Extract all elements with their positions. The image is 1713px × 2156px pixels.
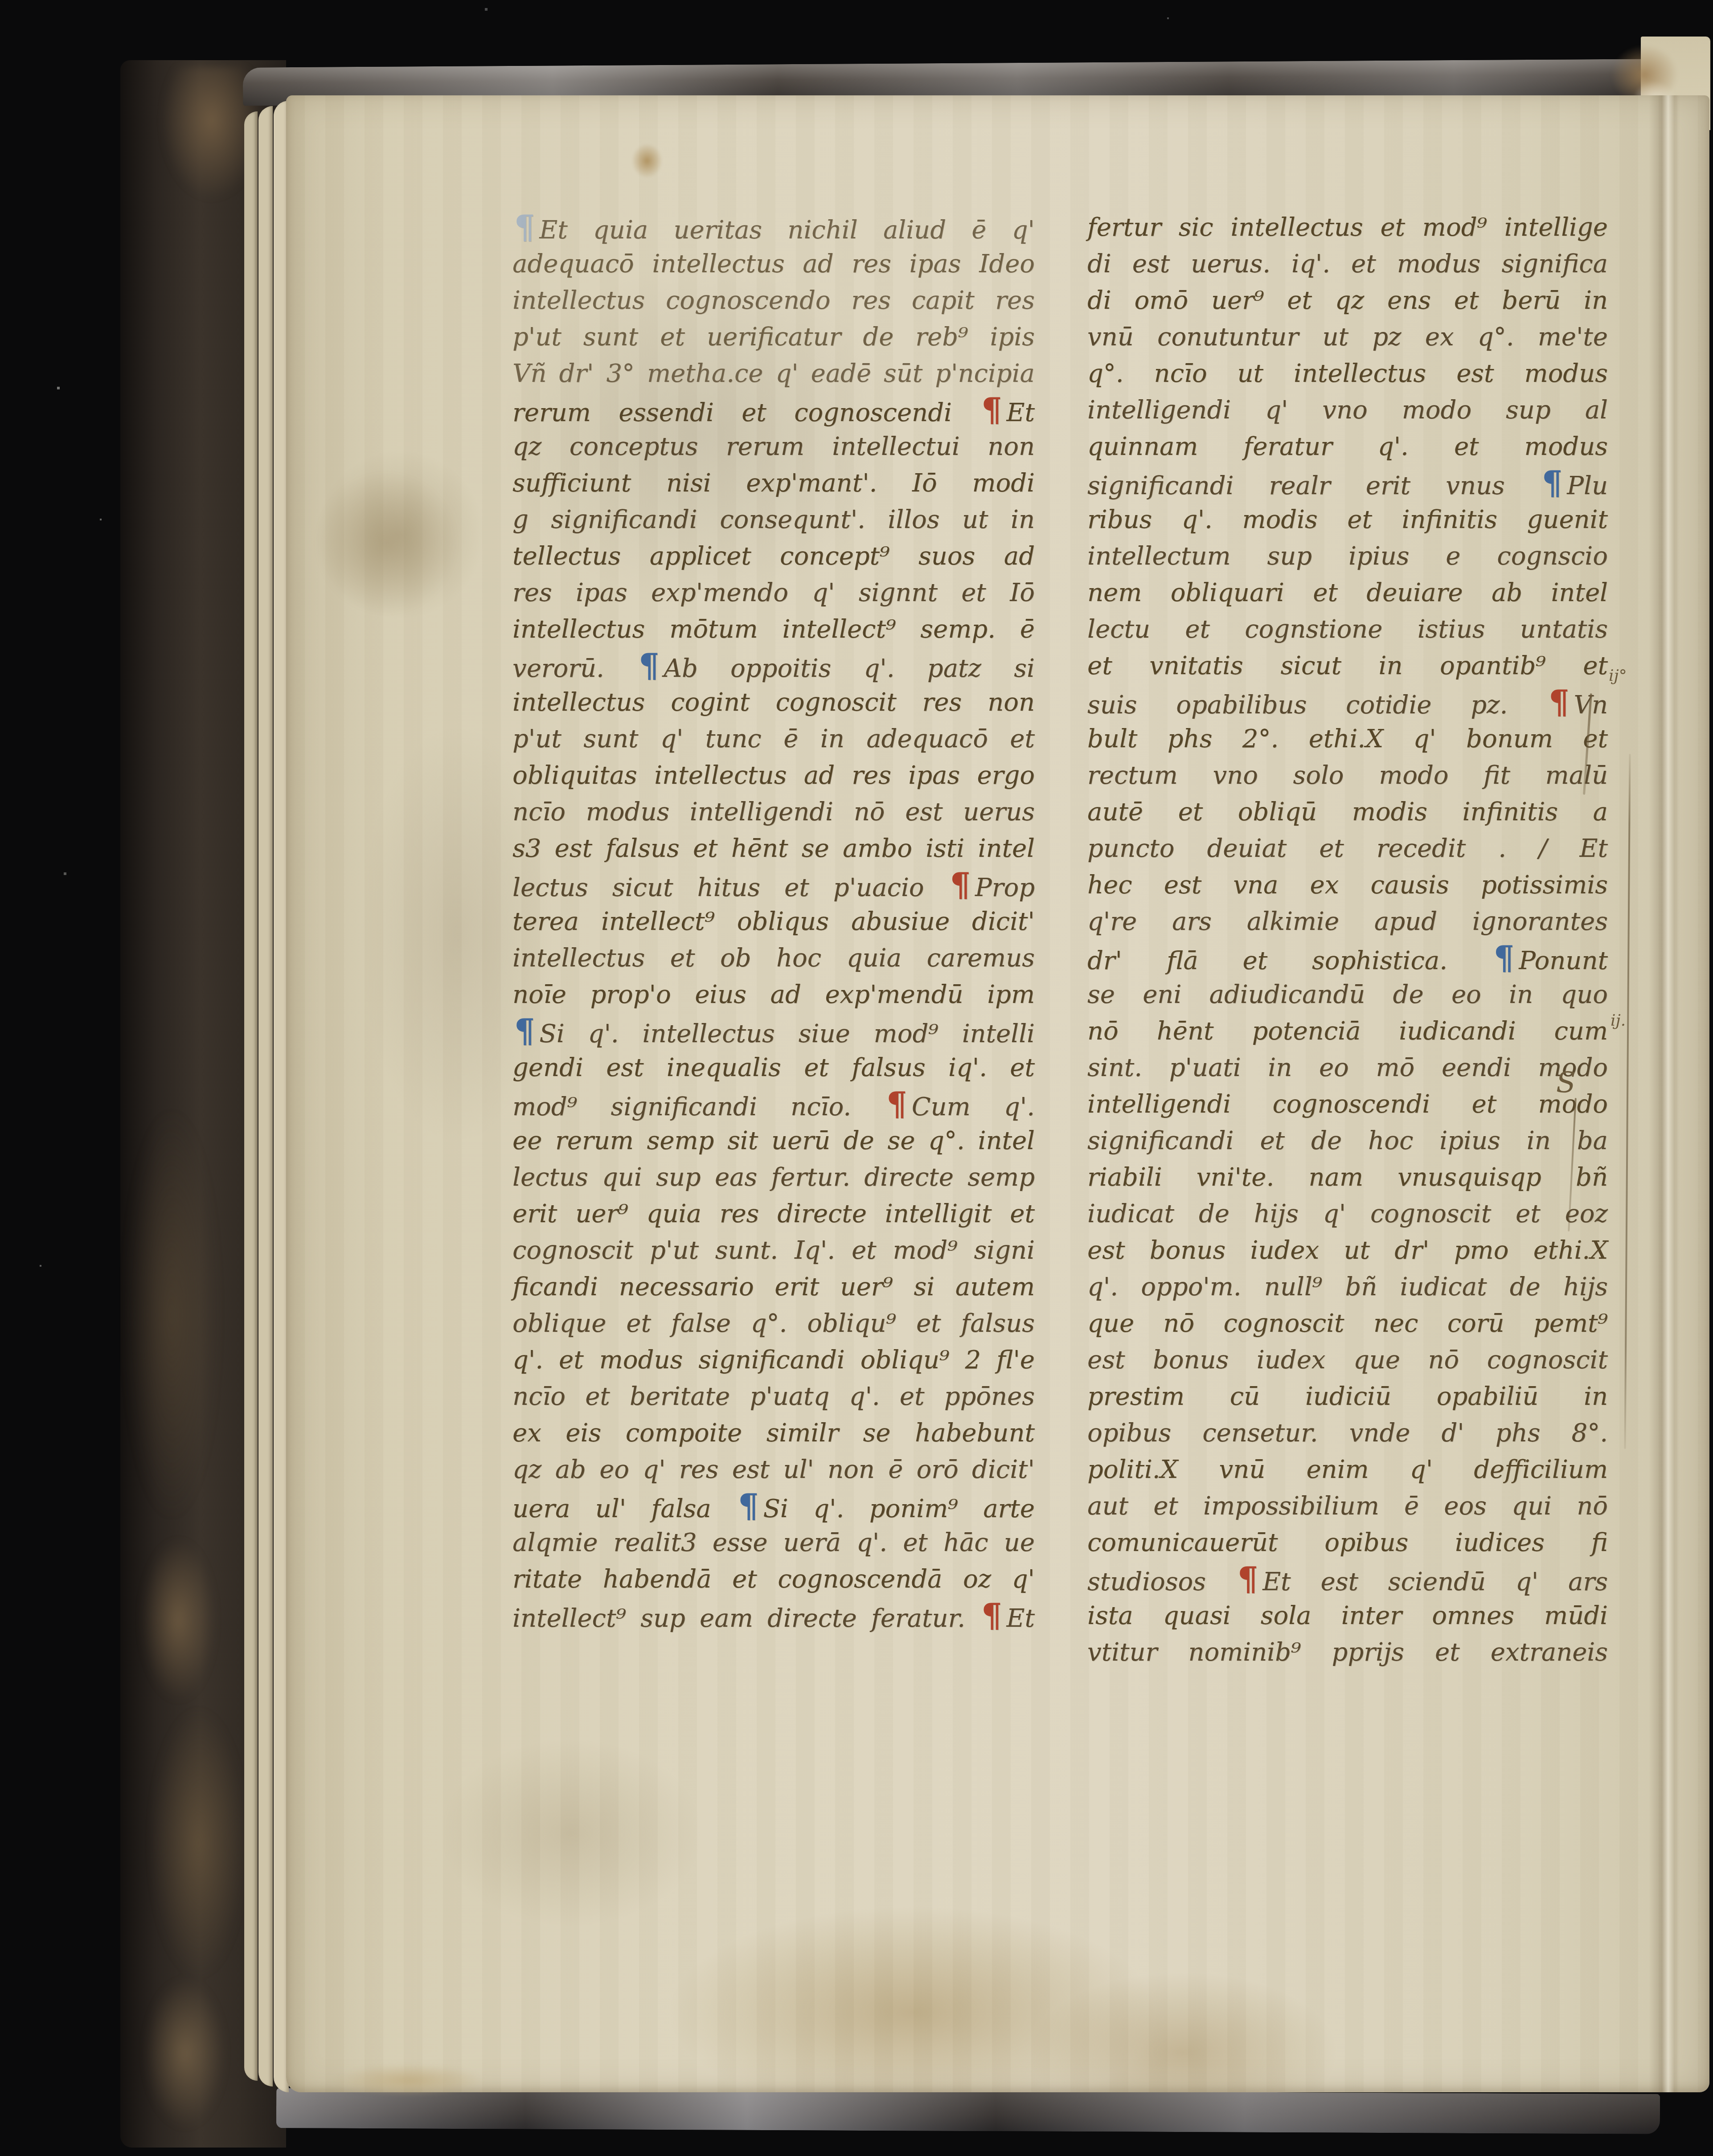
paragraph-mark-icon: ¶: [736, 1487, 763, 1525]
paragraph-mark-icon: ¶: [1236, 1560, 1262, 1598]
paragraph-mark-icon: ¶: [512, 209, 539, 246]
manuscript-line: hec est vna ex causis potissimis: [1087, 867, 1608, 904]
torn-edge: [335, 2065, 482, 2096]
manuscript-line: verorū. ¶Ab oppoitis q'. patz si: [512, 648, 1035, 684]
manuscript-line: q'. et modus significandi obliqu⁹ 2 fl'e: [512, 1342, 1035, 1379]
manuscript-line: nō hēnt potenciā iudicandi cum: [1087, 1013, 1608, 1050]
page-stack-edge: [244, 111, 258, 2081]
manuscript-line: uera ul' falsa ¶Si q'. ponim⁹ arte: [512, 1488, 1035, 1525]
manuscript-line: res ipas exp'mendo q' signnt et Iō: [512, 575, 1035, 611]
manuscript-line: p'ut sunt q' tunc ē in adequacō et: [512, 721, 1035, 757]
manuscript-line: significandi et de hoc ipius in ba: [1087, 1123, 1608, 1159]
manuscript-line: intellectus et ob hoc quia caremus: [512, 940, 1035, 977]
paragraph-mark-icon: ¶: [979, 1597, 1006, 1635]
manuscript-line: lectus sicut hitus et p'uacio ¶Prop: [512, 867, 1035, 904]
manuscript-line: lectus qui sup eas fertur. directe semp: [512, 1159, 1035, 1196]
manuscript-line: obliquitas intellectus ad res ipas ergo: [512, 757, 1035, 794]
manuscript-line: adequacō intellectus ad res ipas Ideo: [512, 246, 1035, 282]
manuscript-line: intellectus mōtum intellect⁹ semp. ē: [512, 611, 1035, 648]
manuscript-line: alqmie realit3 esse uerā q'. et hāc ue: [512, 1525, 1035, 1561]
manuscript-line: est bonus iudex que nō cognoscit: [1087, 1342, 1608, 1379]
manuscript-line: autē et obliqū modis infinitis a: [1087, 794, 1608, 830]
manuscript-line: intellectum sup ipius e cognscio: [1087, 538, 1608, 575]
manuscript-line: ista quasi sola inter omnes mūdi: [1087, 1598, 1608, 1634]
manuscript-line: comunicauerūt opibus iudices fi: [1087, 1525, 1608, 1561]
paragraph-mark-icon: ¶: [1547, 683, 1574, 721]
manuscript-line: bult phs 2°. ethi.X q' bonum et: [1087, 721, 1608, 757]
manuscript-photo: { "page": { "kind": "medieval Latin manu…: [0, 0, 1713, 2156]
manuscript-line: sufficiunt nisi exp'mant'. Iō modi: [512, 465, 1035, 502]
text-column-left: ¶Et quia ueritas nichil aliud ē q'adequa…: [512, 209, 1035, 1634]
page-stack-edge: [258, 106, 273, 2086]
manuscript-line: ficandi necessario erit uer⁹ si autem: [512, 1269, 1035, 1305]
manuscript-line: quinnam feratur q'. et modus: [1087, 429, 1608, 465]
parchment-page: ¶Et quia ueritas nichil aliud ē q'adequa…: [286, 95, 1709, 2092]
manuscript-line: suis opabilibus cotidie pz. ¶Vn: [1087, 684, 1608, 721]
manuscript-line: di est uerus. iq'. et modus significa: [1087, 246, 1608, 282]
manuscript-line: qz ab eo q' res est ul' non ē orō dicit': [512, 1452, 1035, 1488]
manuscript-line: est bonus iudex ut dr' pmo ethi.X: [1087, 1232, 1608, 1269]
paragraph-mark-icon: ¶: [948, 866, 975, 904]
manuscript-line: rectum vno solo modo fit malū: [1087, 757, 1608, 794]
manuscript-line: studiosos ¶Et est sciendū q' ars: [1087, 1561, 1608, 1598]
margin-note: ij.: [1611, 1011, 1626, 1030]
manuscript-line: gendi est inequalis et falsus iq'. et: [512, 1050, 1035, 1086]
manuscript-line: ribus q'. modis et infinitis guenit: [1087, 502, 1608, 538]
text-column-right: fertur sic intellectus et mod⁹ intellige…: [1087, 209, 1608, 1671]
manuscript-line: p'ut sunt et uerificatur de reb⁹ ipis: [512, 319, 1035, 356]
manuscript-line: intellectus cogint cognoscit res non: [512, 684, 1035, 721]
manuscript-line: rerum essendi et cognoscendi ¶Et: [512, 392, 1035, 429]
dust-specks: [0, 0, 1, 1]
manuscript-line: politi.X vnū enim q' defficilium: [1087, 1452, 1608, 1488]
fold-crease: [1649, 95, 1680, 2092]
manuscript-line: opibus censetur. vnde d' phs 8°.: [1087, 1415, 1608, 1452]
manuscript-line: intelligendi q' vno modo sup al: [1087, 392, 1608, 429]
manuscript-line: mod⁹ significandi ncīo. ¶Cum q'.: [512, 1086, 1035, 1123]
ink-stain: [631, 143, 663, 178]
manuscript-line: que nō cognoscit nec corū pemt⁹: [1087, 1305, 1608, 1342]
water-stain: [313, 470, 460, 617]
manuscript-line: dr' flā et sophistica. ¶Ponunt: [1087, 940, 1608, 977]
manuscript-line: et vnitatis sicut in opantib⁹ et: [1087, 648, 1608, 684]
manuscript-line: significandi realr erit vnus ¶Plu: [1087, 465, 1608, 502]
margin-line: [1624, 754, 1631, 1449]
manuscript-line: vnū conutuntur ut pz ex q°. me'te: [1087, 319, 1608, 356]
spine-wear-patch: [127, 1114, 216, 1515]
manuscript-line: q're ars alkimie apud ignorantes: [1087, 904, 1608, 940]
manuscript-line: noīe prop'o eius ad exp'mendū ipm: [512, 977, 1035, 1013]
manuscript-line: sint. p'uati in eo mō eendi modo: [1087, 1050, 1608, 1086]
bottom-board-edge: [276, 2088, 1660, 2134]
margin-note-s: S: [1556, 1067, 1576, 1100]
paragraph-mark-icon: ¶: [512, 1012, 539, 1050]
paragraph-mark-icon: ¶: [637, 647, 664, 685]
manuscript-line: nem obliquari et deuiare ab intel: [1087, 575, 1608, 611]
manuscript-line: se eni adiudicandū de eo in quo: [1087, 977, 1608, 1013]
manuscript-line: riabili vni'te. nam vnusquisqp bñ: [1087, 1159, 1608, 1196]
manuscript-line: erit uer⁹ quia res directe intelligit et: [512, 1196, 1035, 1232]
manuscript-line: ex eis compoite similr se habebunt: [512, 1415, 1035, 1452]
manuscript-line: ritate habendā et cognoscendā oz q': [512, 1561, 1035, 1598]
paragraph-mark-icon: ¶: [1492, 939, 1519, 977]
manuscript-line: intellectus cognoscendo res capit res: [512, 282, 1035, 319]
paragraph-mark-icon: ¶: [885, 1085, 911, 1123]
manuscript-line: intelligendi cognoscendi et modo: [1087, 1086, 1608, 1123]
manuscript-line: oblique et false q°. obliqu⁹ et falsus: [512, 1305, 1035, 1342]
manuscript-line: ¶Si q'. intellectus siue mod⁹ intelli: [512, 1013, 1035, 1050]
manuscript-line: puncto deuiat et recedit . / Et: [1087, 830, 1608, 867]
paragraph-mark-icon: ¶: [1540, 464, 1567, 502]
manuscript-line: qz conceptus rerum intellectui non: [512, 429, 1035, 465]
manuscript-line: terea intellect⁹ obliqus abusiue dicit': [512, 904, 1035, 940]
manuscript-line: fertur sic intellectus et mod⁹ intellige: [1087, 209, 1608, 246]
manuscript-line: q'. oppo'm. null⁹ bñ iudicat de hijs: [1087, 1269, 1608, 1305]
manuscript-line: ee rerum semp sit uerū de se q°. intel: [512, 1123, 1035, 1159]
manuscript-line: q°. ncīo ut intellectus est modus: [1087, 356, 1608, 392]
manuscript-line: s3 est falsus et hēnt se ambo isti intel: [512, 830, 1035, 867]
manuscript-line: lectu et cognstione istius untatis: [1087, 611, 1608, 648]
manuscript-line: ncīo et beritate p'uatq q'. et ppōnes: [512, 1379, 1035, 1415]
paragraph-mark-icon: ¶: [979, 391, 1006, 429]
margin-note: ij°: [1609, 667, 1627, 685]
manuscript-line: ncīo modus intelligendi nō est uerus: [512, 794, 1035, 830]
manuscript-line: ¶Et quia ueritas nichil aliud ē q': [512, 209, 1035, 246]
manuscript-line: prestim cū iudiciū opabiliū in: [1087, 1379, 1608, 1415]
manuscript-line: vtitur nominib⁹ pprijs et extraneis: [1087, 1634, 1608, 1671]
spine-wear-patch: [125, 1493, 258, 2130]
manuscript-line: aut et impossibilium ē eos qui nō: [1087, 1488, 1608, 1525]
manuscript-line: cognoscit p'ut sunt. Iq'. et mod⁹ signi: [512, 1232, 1035, 1269]
manuscript-line: tellectus applicet concept⁹ suos ad: [512, 538, 1035, 575]
manuscript-line: Vñ dr' 3° metha.ce q' eadē sūt p'ncipia: [512, 356, 1035, 392]
manuscript-line: iudicat de hijs q' cognoscit et eoz: [1087, 1196, 1608, 1232]
manuscript-line: g significandi consequnt'. illos ut in: [512, 502, 1035, 538]
manuscript-line: intellect⁹ sup eam directe feratur. ¶Et: [512, 1598, 1035, 1634]
manuscript-line: di omō uer⁹ et qz ens et berū in: [1087, 282, 1608, 319]
